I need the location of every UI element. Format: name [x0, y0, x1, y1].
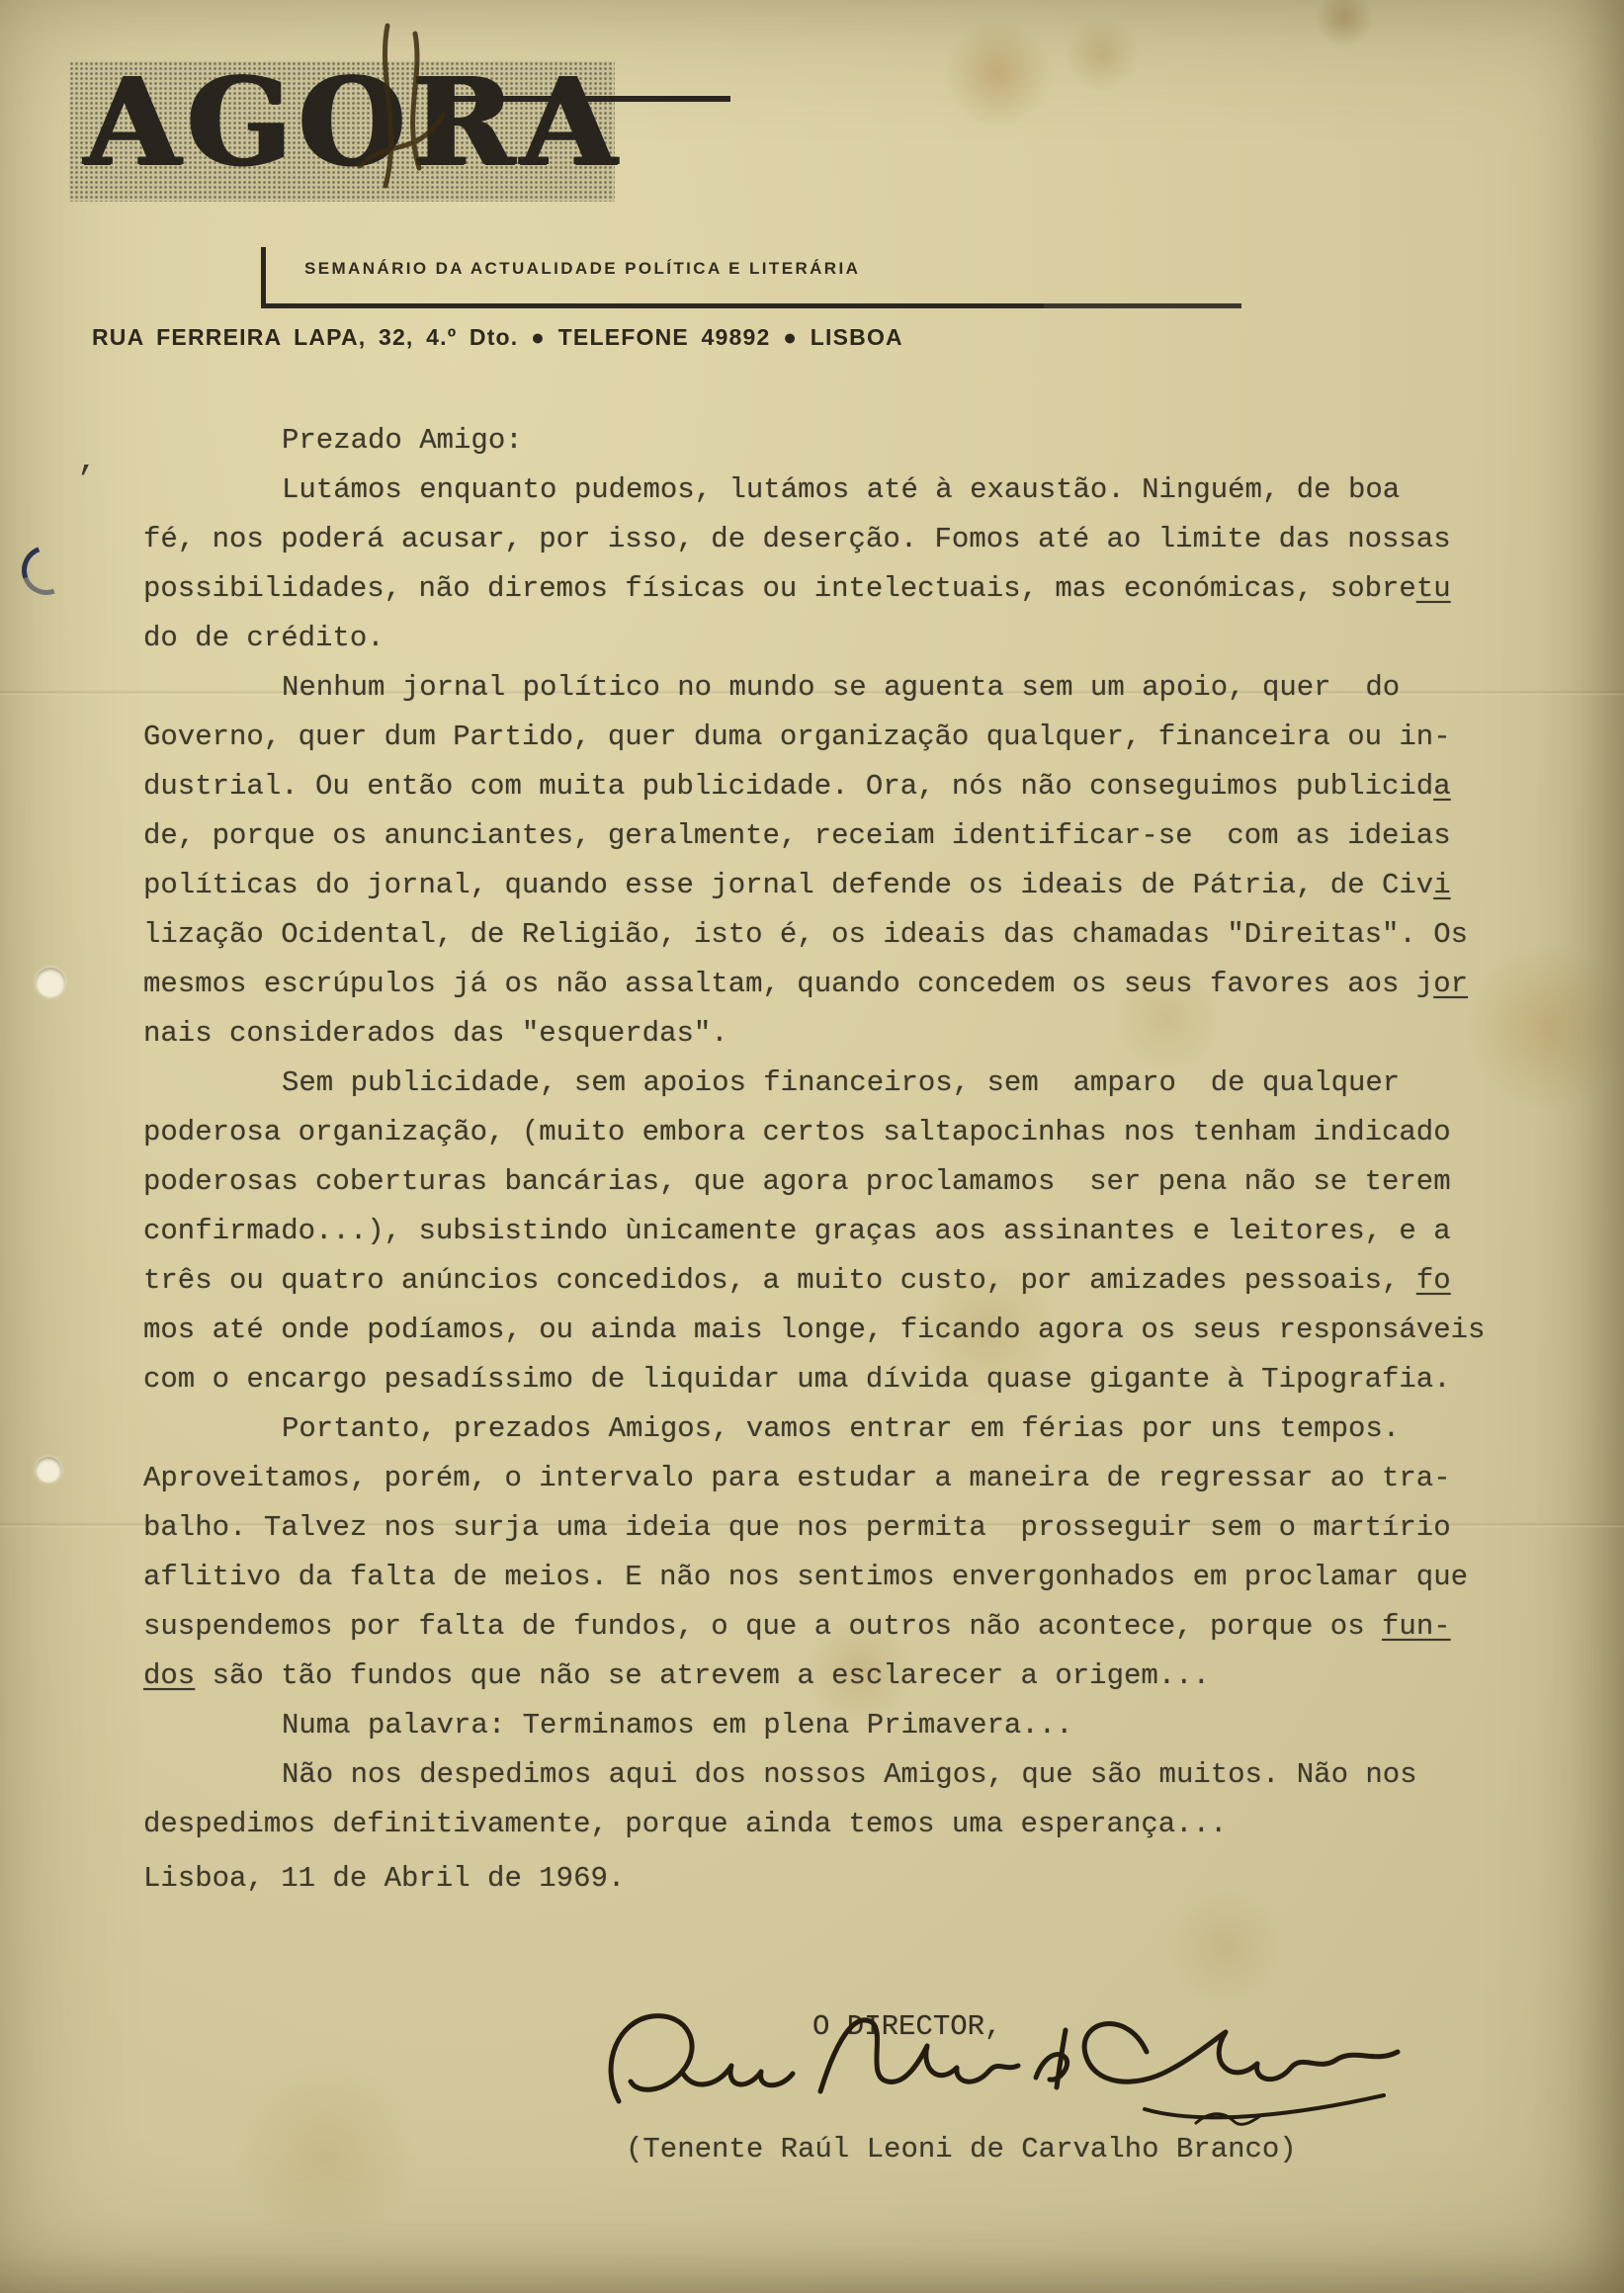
letter-line: despedimos definitivamente, porque ainda… — [143, 1800, 1507, 1849]
letter-line: Lutámos enquanto pudemos, lutámos até à … — [143, 466, 1507, 515]
letter-line: poderosas coberturas bancárias, que agor… — [143, 1157, 1507, 1207]
letter-line: possibilidades, não diremos físicas ou i… — [143, 564, 1507, 614]
punch-hole-icon — [36, 1457, 61, 1483]
letter-line: confirmado...), subsistindo ùnicamente g… — [143, 1207, 1507, 1256]
letter-line: balho. Talvez nos surja uma ideia que no… — [143, 1503, 1507, 1553]
pen-scribble-icon — [326, 18, 474, 215]
date-line: Lisboa, 11 de Abril de 1969. — [143, 1862, 625, 1895]
punch-hole-icon — [36, 968, 65, 997]
letter-line: suspendemos por falta de fundos, o que a… — [143, 1602, 1507, 1652]
letter-line: nais considerados das "esquerdas". — [143, 1009, 1507, 1059]
letter-line: Governo, quer dum Partido, quer duma org… — [143, 713, 1507, 762]
letter-line: Prezado Amigo: — [143, 416, 1507, 466]
letter-body: Prezado Amigo:Lutámos enquanto pudemos, … — [143, 416, 1507, 1849]
letter-line: aflitivo da falta de meios. E não nos se… — [143, 1553, 1507, 1602]
letter-line: poderosa organização, (muito embora cert… — [143, 1108, 1507, 1157]
handwritten-signature — [591, 1995, 1441, 2153]
tagline: SEMANÁRIO DA ACTUALIDADE POLÍTICA E LITE… — [304, 259, 860, 279]
letter-line: Portanto, prezados Amigos, vamos entrar … — [143, 1404, 1507, 1454]
letter-line: mos até onde podíamos, ou ainda mais lon… — [143, 1306, 1507, 1355]
letter-line: Nenhum jornal político no mundo se aguen… — [143, 663, 1507, 713]
letter-line: Não nos despedimos aqui dos nossos Amigo… — [143, 1750, 1507, 1800]
letter-line: mesmos escrúpulos já os não assaltam, qu… — [143, 960, 1507, 1009]
crescent-ink-mark — [14, 538, 79, 603]
letter-line: Numa palavra: Terminamos em plena Primav… — [143, 1701, 1507, 1750]
letter-line: lização Ocidental, de Religião, isto é, … — [143, 910, 1507, 960]
letter-line: políticas do jornal, quando esse jornal … — [143, 861, 1507, 910]
letter-line: três ou quatro anúncios concedidos, a mu… — [143, 1256, 1507, 1306]
letter-page: AGORA SEMANÁRIO DA ACTUALIDADE POLÍTICA … — [0, 0, 1624, 2293]
letter-line: Aproveitamos, porém, o intervalo para es… — [143, 1454, 1507, 1503]
letter-line: de, porque os anunciantes, geralmente, r… — [143, 811, 1507, 861]
letter-line: fé, nos poderá acusar, por isso, de dese… — [143, 515, 1507, 564]
stray-ink-mark: ’ — [75, 463, 95, 500]
letter-line: do de crédito. — [143, 614, 1507, 663]
tagline-box-bottom-rule — [261, 303, 1044, 308]
address-line: RUA FERREIRA LAPA, 32, 4.º Dto. ● TELEFO… — [92, 324, 903, 351]
letter-line: dustrial. Ou então com muita publicidade… — [143, 762, 1507, 811]
tagline-box-left-border — [261, 247, 266, 308]
letter-line: com o encargo pesadíssimo de liquidar um… — [143, 1355, 1507, 1404]
letter-line: Sem publicidade, sem apoios financeiros,… — [143, 1059, 1507, 1108]
letter-line: dos são tão fundos que não se atrevem a … — [143, 1652, 1507, 1701]
